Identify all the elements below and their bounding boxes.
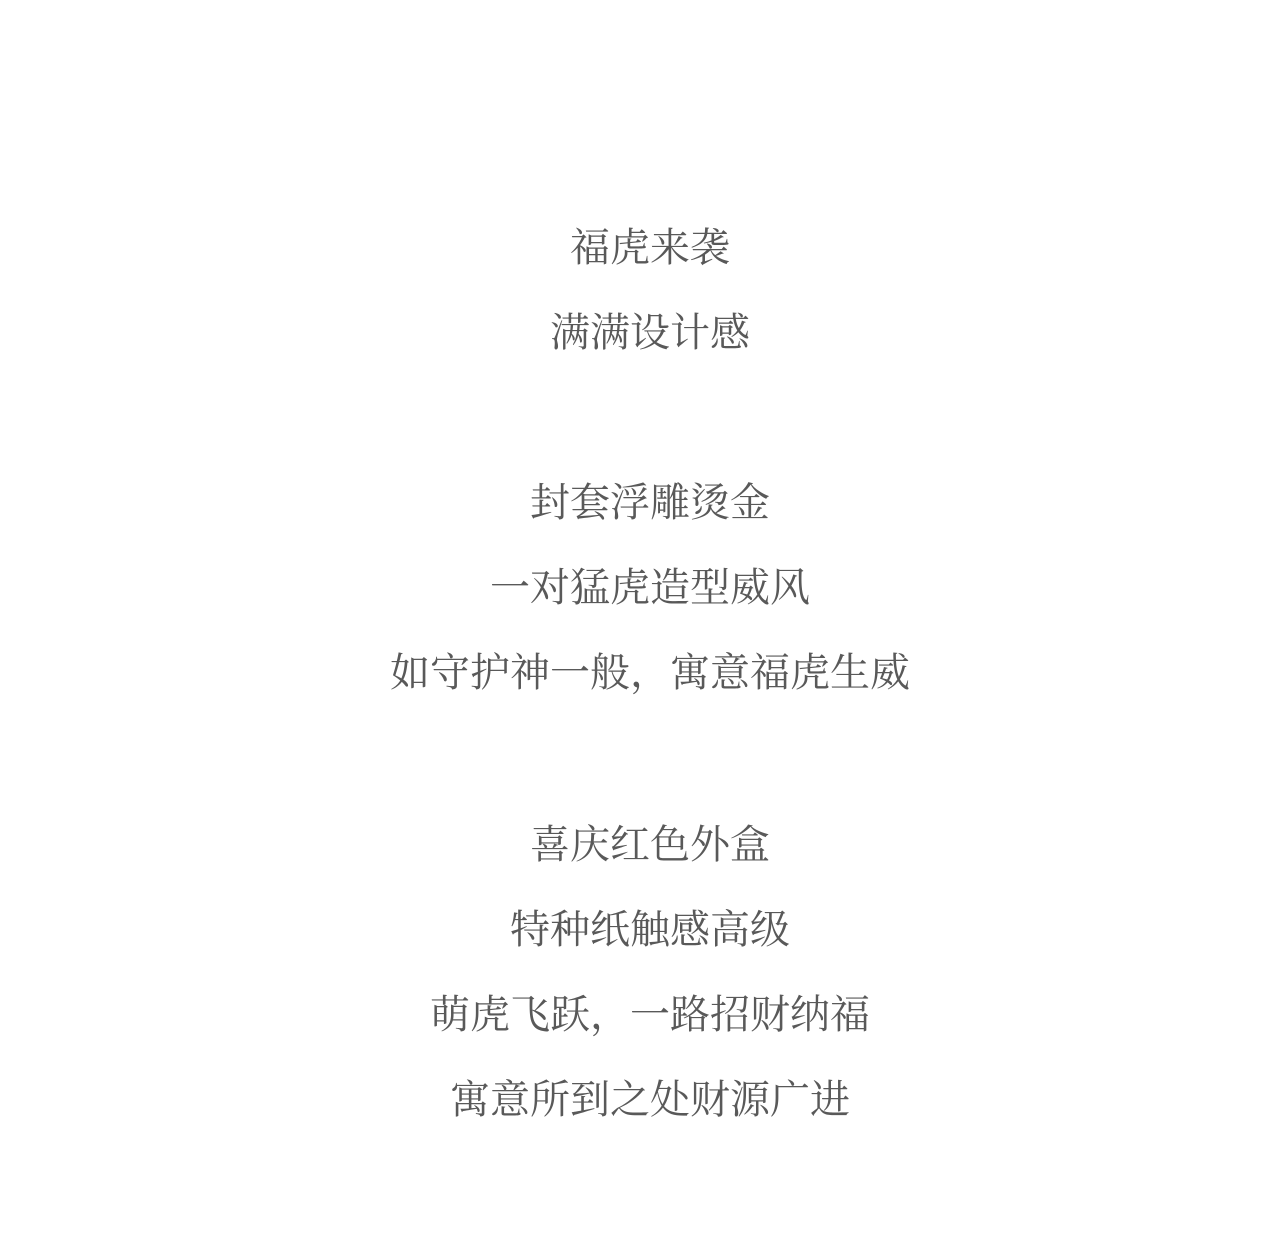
- box-line-1: 喜庆红色外盒: [0, 820, 1280, 870]
- box-line-4: 寓意所到之处财源广进: [0, 1075, 1280, 1125]
- box-line-3: 萌虎飞跃，一路招财纳福: [0, 990, 1280, 1040]
- intro-title-line: 福虎来袭: [0, 223, 1280, 273]
- envelope-line-1: 封套浮雕烫金: [0, 478, 1280, 528]
- envelope-line-3: 如守护神一般，寓意福虎生威: [0, 648, 1280, 698]
- product-description-page: 福虎来袭 满满设计感 封套浮雕烫金 一对猛虎造型威风 如守护神一般，寓意福虎生威…: [0, 0, 1280, 1235]
- envelope-line-2: 一对猛虎造型威风: [0, 563, 1280, 613]
- box-line-2: 特种纸触感高级: [0, 905, 1280, 955]
- intro-subtitle-line: 满满设计感: [0, 308, 1280, 358]
